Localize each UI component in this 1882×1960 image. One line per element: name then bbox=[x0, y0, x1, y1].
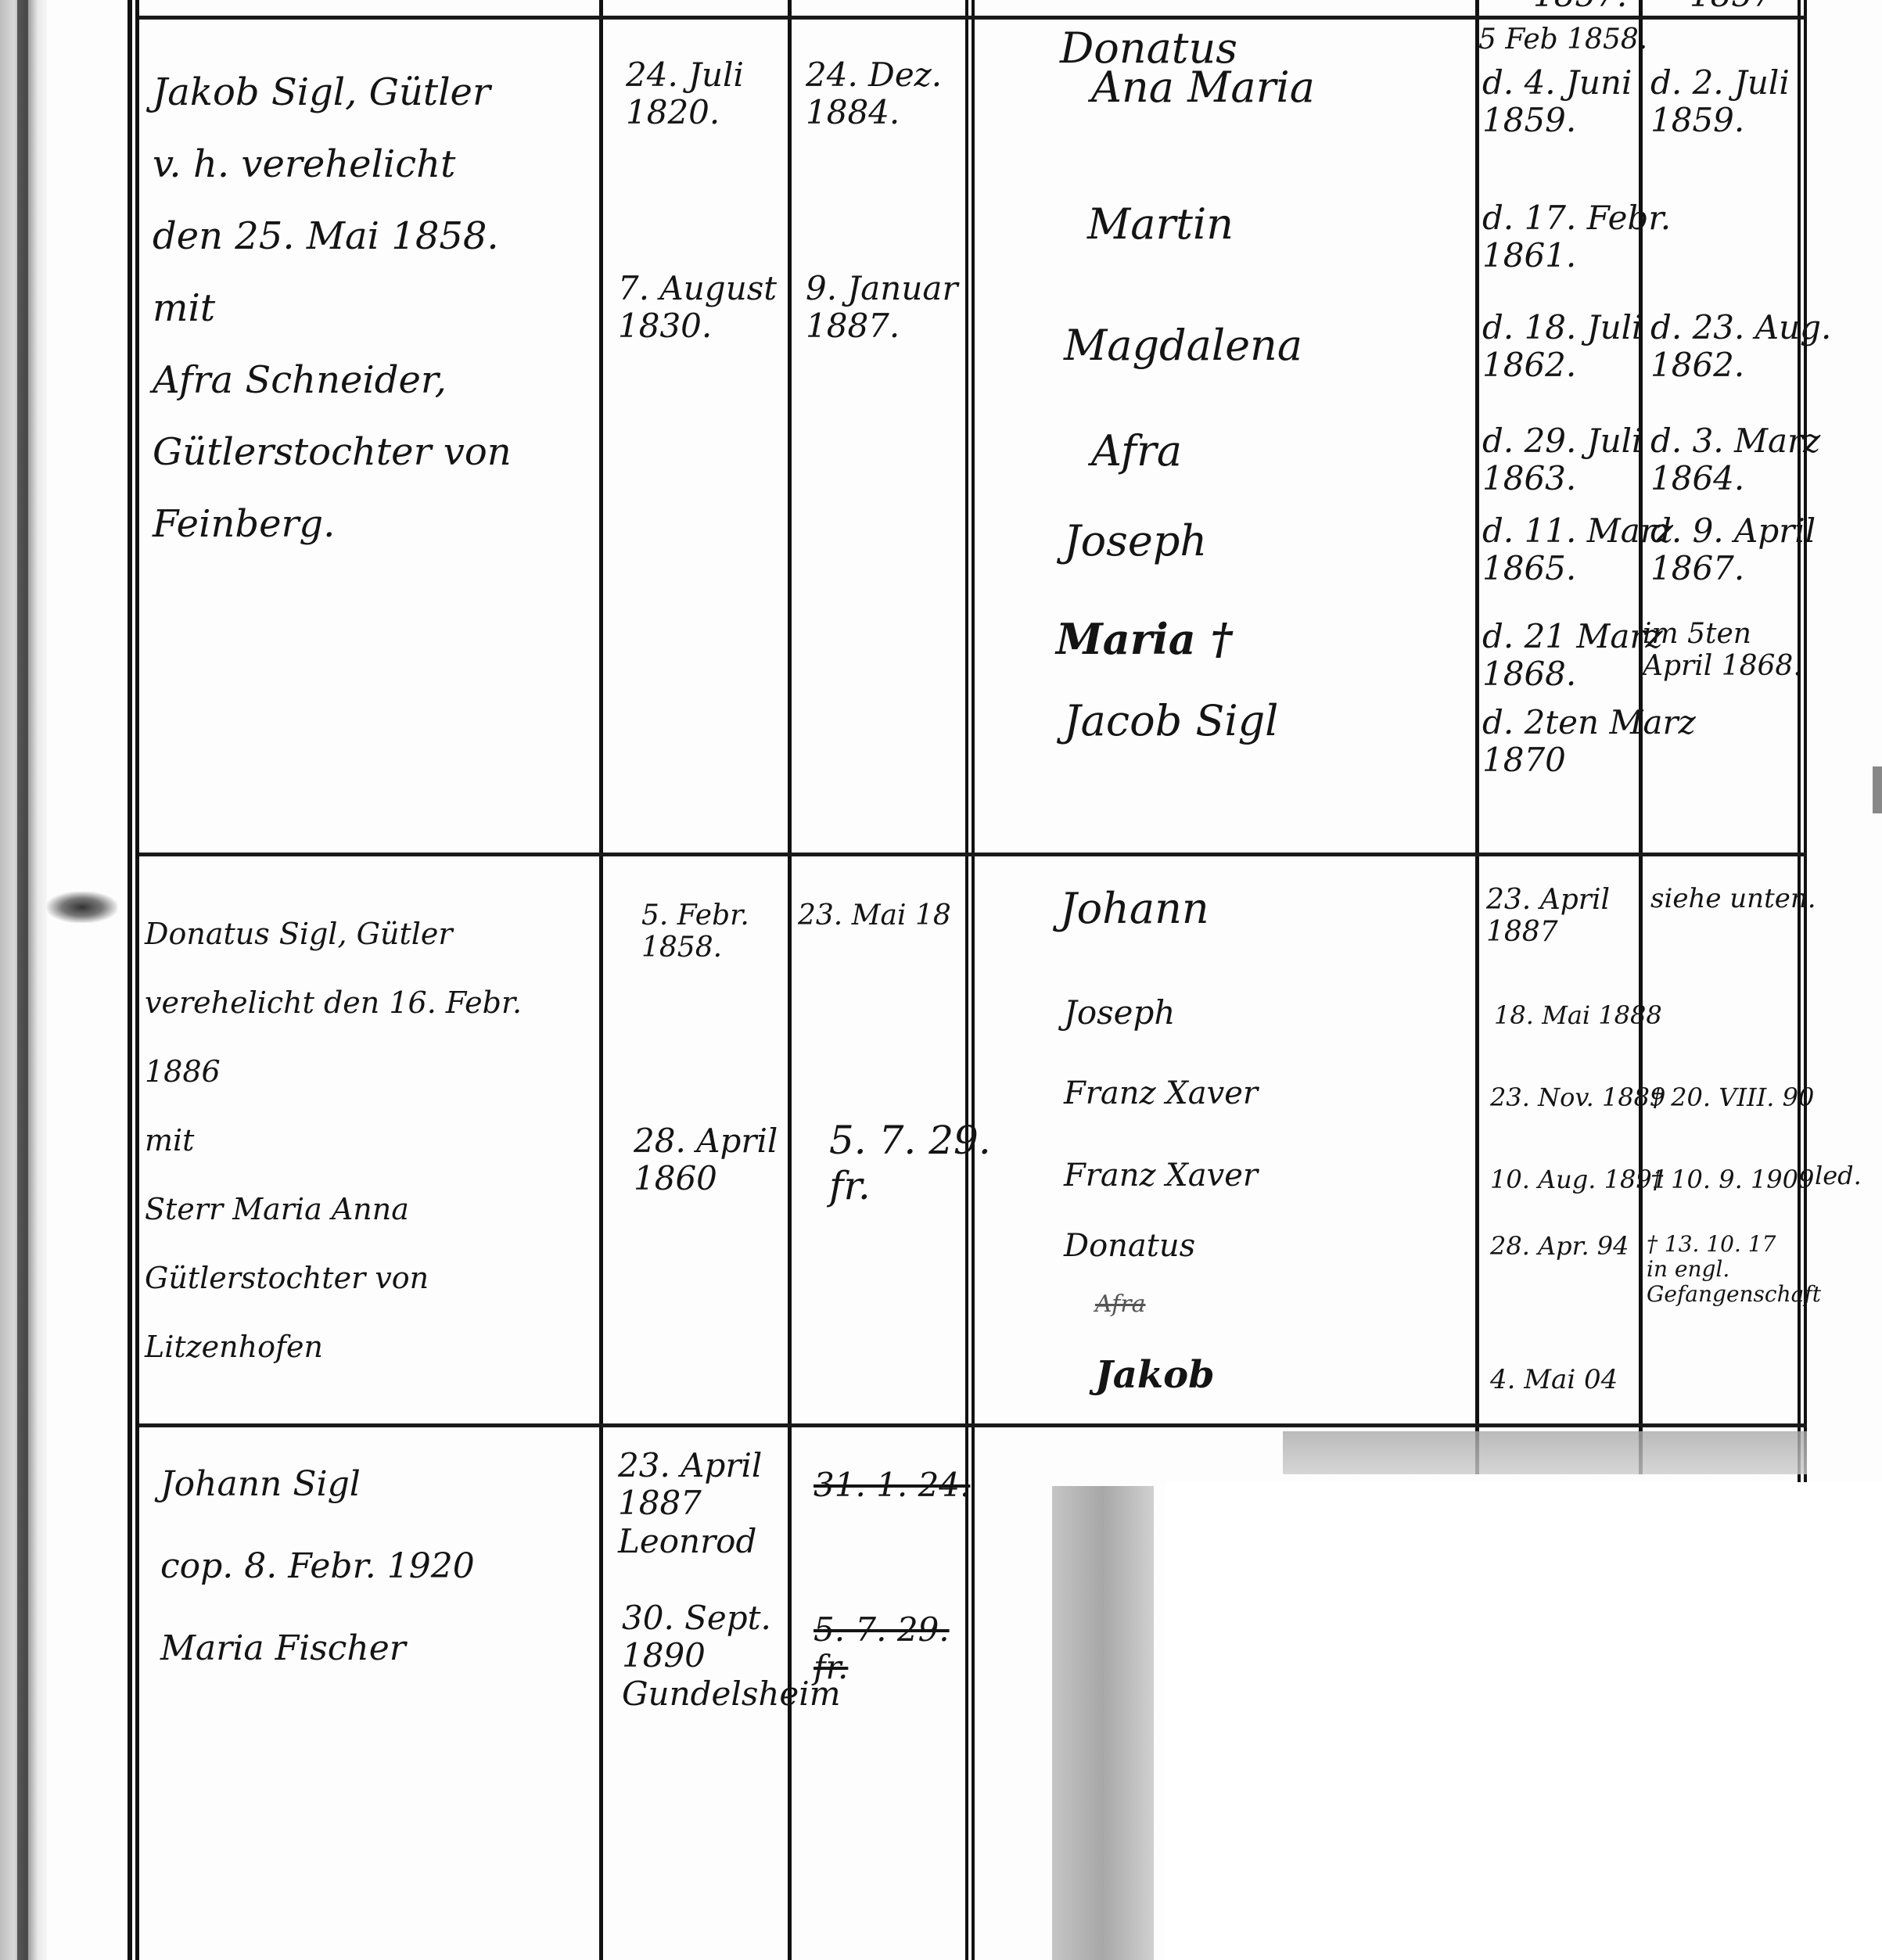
divider-col3a bbox=[965, 0, 968, 1960]
row-separator-1 bbox=[139, 853, 1807, 856]
entry1-child-birth: 5 Feb 1858. bbox=[1478, 23, 1647, 56]
entry2-husband-birth: 5. Febr. 1858. bbox=[641, 899, 749, 964]
entry3-parents: Johann Sigl cop. 8. Febr. 1920 Maria Fis… bbox=[160, 1443, 598, 1689]
entry2-child-name: Franz Xaver bbox=[1064, 1158, 1258, 1194]
scan-shadow-horizontal bbox=[1283, 1431, 1807, 1474]
entry1-wife-death: 9. Januar 1887. bbox=[806, 270, 958, 346]
entry1-child-name: Maria † bbox=[1056, 614, 1233, 664]
left-border-outer bbox=[128, 0, 132, 1960]
entry2-child-name: Jakob bbox=[1095, 1353, 1215, 1397]
entry2-child-birth: 23. April 1887 bbox=[1486, 884, 1610, 949]
entry1-child-death: d. 3. Marz 1864. bbox=[1650, 422, 1820, 498]
entry2-parents: Donatus Sigl, Gütler verehelicht den 16.… bbox=[145, 899, 598, 1381]
entry3-husband-death-struck: 31. 1. 24. bbox=[813, 1466, 970, 1504]
entry1-child-birth: d. 17. Febr. 1861. bbox=[1482, 199, 1671, 275]
entry2-child-name: Joseph bbox=[1064, 993, 1175, 1032]
entry2-child-death: siehe unten. bbox=[1650, 884, 1816, 914]
entry1-child-death: im 5ten April 1868. bbox=[1643, 618, 1802, 683]
entry2-wife-death: 5. 7. 29. fr. bbox=[829, 1118, 991, 1208]
entry1-wife-birth: 7. August 1830. bbox=[618, 270, 777, 346]
entry2-child-name: Johann bbox=[1060, 884, 1209, 933]
entry1-parents: Jakob Sigl, Gütler v. h. verehelicht den… bbox=[153, 56, 591, 560]
entry2-wife-birth: 28. April 1860 bbox=[634, 1122, 778, 1198]
entry2-child-birth: 23. Nov. 1889 bbox=[1490, 1083, 1665, 1112]
entry2-child-note: led. bbox=[1815, 1161, 1862, 1190]
blank-paper-area bbox=[1165, 1482, 1882, 1960]
entry2-child-birth: 10. Aug. 1891 bbox=[1490, 1165, 1668, 1194]
entry2-child-birth: 18. Mai 1888 bbox=[1494, 1001, 1662, 1030]
row-separator-top bbox=[139, 16, 1807, 20]
entry1-child-birth: d. 2ten Marz 1870 bbox=[1482, 704, 1696, 780]
entry2-child-death: † 10. 9. 1909 bbox=[1650, 1165, 1814, 1194]
entry1-husband-birth: 24. Juli 1820. bbox=[626, 56, 744, 132]
fragment-death: 1857 bbox=[1690, 0, 1773, 14]
divider-col3b bbox=[972, 0, 975, 1960]
entry1-child-birth: d. 11. Marz 1865. bbox=[1482, 512, 1673, 588]
entry2-child-death: † 13. 10. 17 in engl. Gefangenschaft bbox=[1647, 1232, 1873, 1308]
divider-col4 bbox=[1475, 0, 1479, 1474]
left-border-inner bbox=[135, 0, 139, 1960]
entry2-child-name: Franz Xaver bbox=[1064, 1075, 1258, 1111]
entry1-child-birth: d. 29. Juli 1863. bbox=[1482, 422, 1642, 498]
row-separator-2 bbox=[139, 1423, 1807, 1427]
entry3-wife-birth: 30. Sept. 1890 Gundelsheim bbox=[622, 1599, 841, 1713]
entry2-husband-death: 23. Mai 18 bbox=[798, 899, 951, 932]
entry1-child-death: d. 23. Aug. 1862. bbox=[1650, 309, 1831, 385]
entry2-child-name: Donatus bbox=[1064, 1228, 1195, 1264]
entry1-child-name: Martin bbox=[1087, 199, 1234, 249]
margin-mark bbox=[1873, 766, 1882, 813]
entry1-child-name: Joseph bbox=[1064, 516, 1207, 565]
fragment-birth: 1857. bbox=[1533, 0, 1627, 14]
entry3-wife-death-struck: 5. 7. 29. fr. bbox=[813, 1611, 950, 1687]
entry1-child-birth: d. 4. Juni 1859. bbox=[1482, 64, 1632, 140]
entry1-child-name: Ana Maria bbox=[1091, 63, 1315, 112]
entry3-husband-birth: 23. April 1887 Leonrod bbox=[618, 1447, 762, 1560]
entry1-husband-death: 24. Dez. 1884. bbox=[806, 56, 942, 132]
entry1-child-name: Magdalena bbox=[1064, 321, 1302, 370]
entry2-child-name-struck: Afra bbox=[1095, 1291, 1145, 1318]
ink-stain bbox=[47, 892, 117, 923]
divider-col1 bbox=[599, 0, 603, 1960]
entry1-child-death: d. 9. April 1867. bbox=[1650, 512, 1816, 588]
binding-edge bbox=[17, 0, 28, 1960]
entry1-child-death: d. 2. Juli 1859. bbox=[1650, 64, 1790, 140]
entry1-child-name: Jacob Sigl bbox=[1064, 696, 1278, 745]
entry1-child-birth: d. 18. Juli 1862. bbox=[1482, 309, 1642, 385]
entry1-child-name: Afra bbox=[1091, 426, 1182, 476]
entry2-child-birth: 4. Mai 04 bbox=[1490, 1365, 1618, 1395]
entry2-child-death: † 20. VIII. 90 bbox=[1650, 1083, 1814, 1112]
entry1-child-birth: d. 21 Marz 1868. bbox=[1482, 618, 1663, 694]
entry2-child-birth: 28. Apr. 94 bbox=[1490, 1232, 1629, 1261]
scan-shadow-vertical bbox=[1052, 1486, 1154, 1960]
